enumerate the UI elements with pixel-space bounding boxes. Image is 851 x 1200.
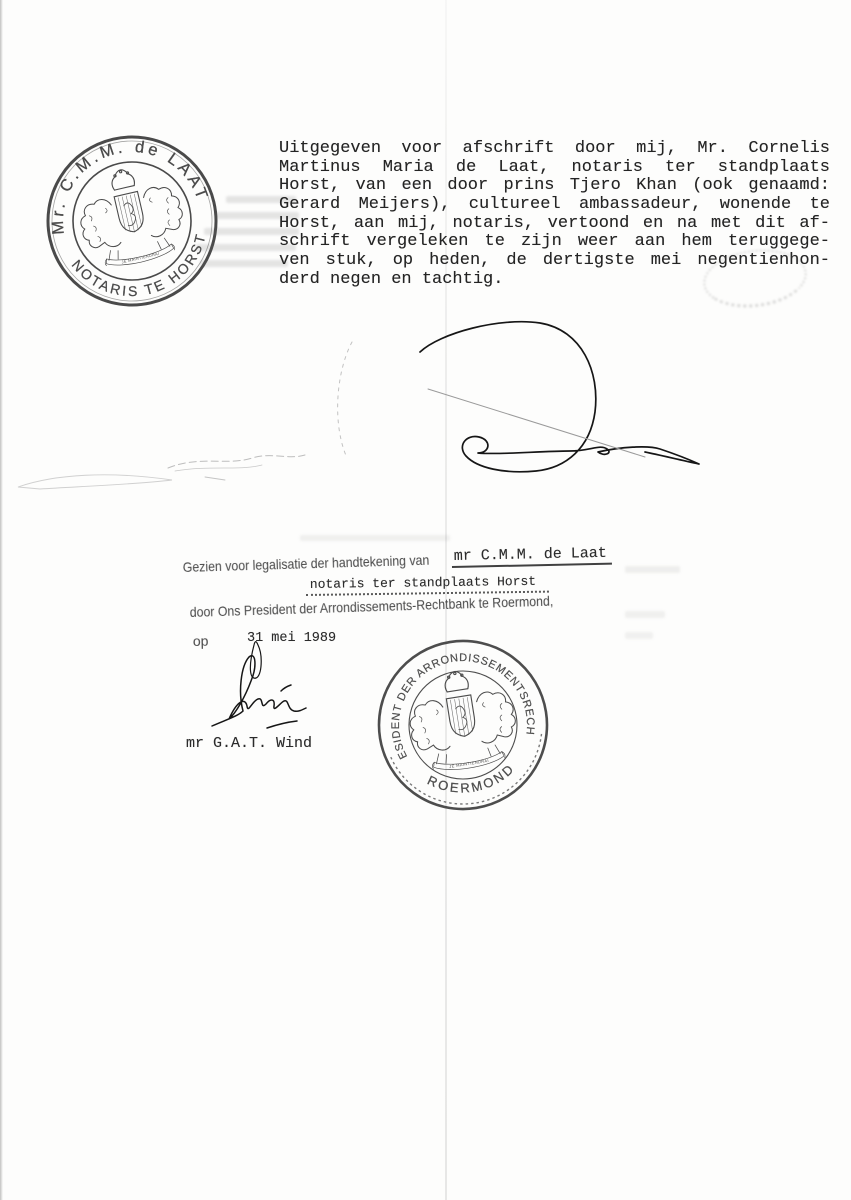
legalization-stamp-op: op <box>193 633 209 649</box>
president-signer-name: mr G.A.T. Wind <box>186 735 312 752</box>
legalized-notary-name: mr C.M.M. de Laat <box>452 545 612 568</box>
faint-scribble-marks <box>18 342 352 489</box>
pen-stroke-on-date <box>250 642 261 679</box>
president-signature <box>212 656 306 728</box>
legalized-notary-title: notaris ter standplaats Horst <box>306 574 549 596</box>
notary-signature <box>420 322 699 472</box>
court-seal-stamp: DE PRESIDENT DER ARRONDISSEMENTSRECHTBAN… <box>355 619 571 830</box>
scanned-notarial-document: JE MAINTIENDRAI Mr. C.M.M. de LAAT NOTAR… <box>0 0 851 1200</box>
legalization-date: 31 mei 1989 <box>247 631 336 646</box>
